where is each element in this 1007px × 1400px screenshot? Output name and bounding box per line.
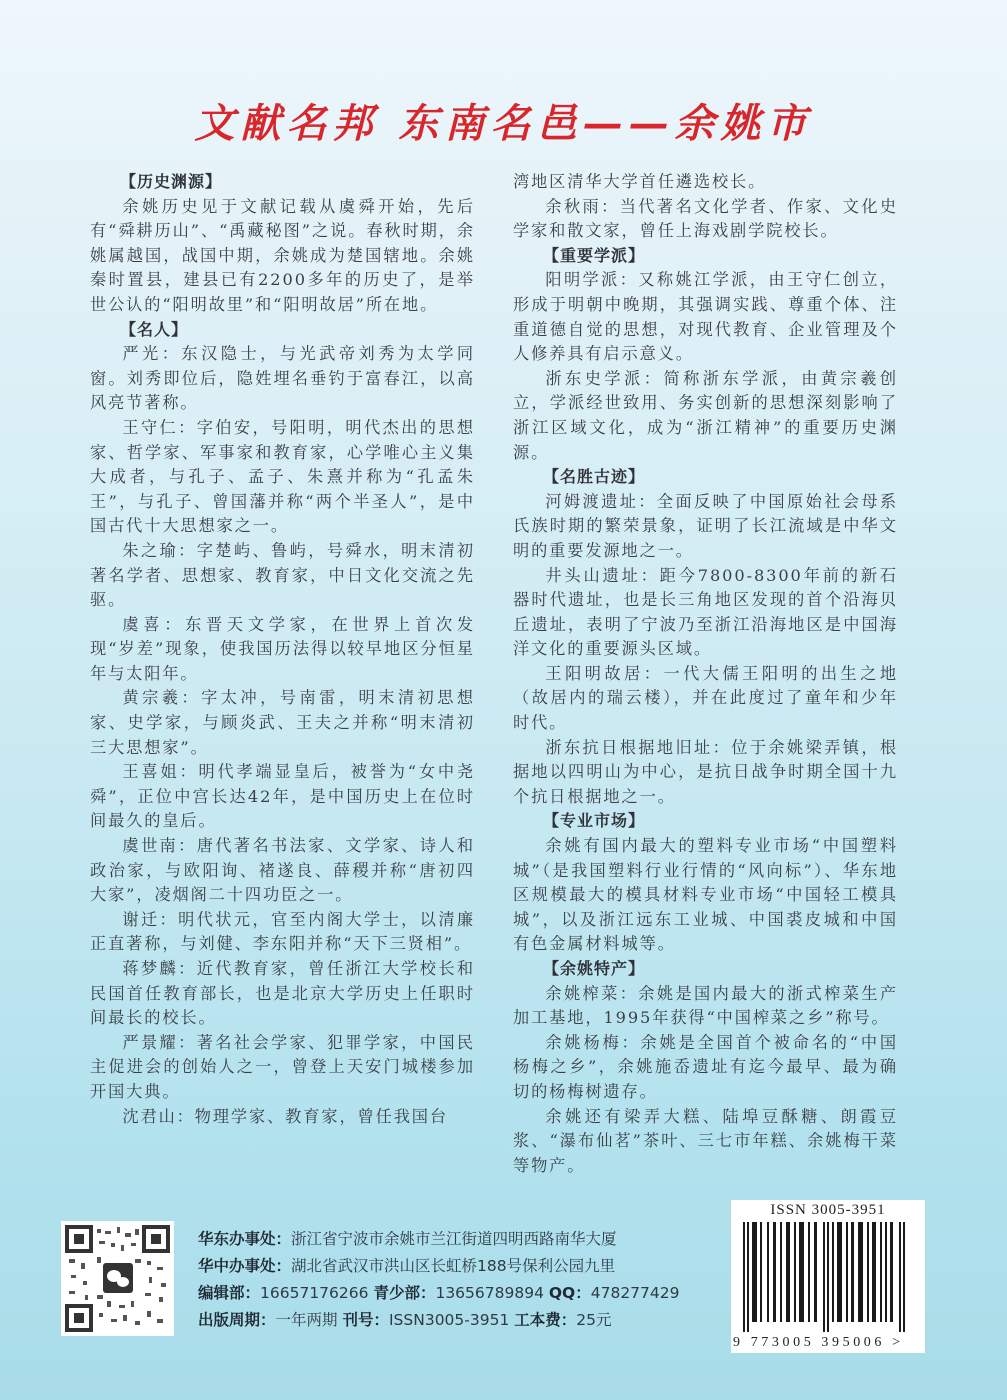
paragraph-yan-guang: 严光：东汉隐士，与光武帝刘秀为太学同窗。刘秀即位后，隐姓埋名垂钓于富春江，以高风… (90, 342, 475, 416)
paragraph-zhu-zhiyu: 朱之瑜：字楚屿、鲁屿，号舜水，明末清初著名学者、思想家、教育家，中日文化交流之先… (90, 539, 475, 613)
paragraph-huang-zongxi: 黄宗羲：字太冲，号南雷，明末清初思想家、史学家，与顾炎武、王夫之并称“明末清初三… (90, 686, 475, 760)
paragraph-markets: 余姚有国内最大的塑料专业市场“中国塑料城”（是我国塑料行业行情的“风向标”）、华… (513, 834, 898, 957)
section-heading-specialties: 【余姚特产】 (513, 957, 898, 982)
paragraph-yu-xi: 虞喜：东晋天文学家，在世界上首次发现“岁差”现象，使我国历法得以较早地区分恒星年… (90, 613, 475, 687)
right-column: 湾地区清华大学首任遴选校长。 余秋雨：当代著名文化学者、作家、文化史学家和散文家… (513, 170, 898, 1178)
paragraph-zhedong-base: 浙东抗日根据地旧址：位于余姚梁弄镇，根据地以四明山为中心，是抗日战争时期全国十九… (513, 736, 898, 810)
fee-value: 25元 (576, 1311, 611, 1329)
barcode-issn-text: ISSN 3005-3951 (731, 1202, 925, 1219)
paragraph-yu-qiuyu: 余秋雨：当代著名文化学者、作家、文化史学家和散文家，曾任上海戏剧学院校长。 (513, 195, 898, 244)
paragraph-hemudu: 河姆渡遗址：全面反映了中国原始社会母系氏族时期的繁荣景象，证明了长江流域是中华文… (513, 490, 898, 564)
left-column: 【历史渊源】 余姚历史见于文献记载从虞舜开始，先后有“舜耕历山”、“禹藏秘图”之… (90, 170, 475, 1178)
paragraph-yan-jingyao: 严景耀：著名社会学家、犯罪学家，中国民主促进会的创始人之一，曾登上天安门城楼参加… (90, 1031, 475, 1105)
issn-value: ISSN3005-3951 (389, 1311, 509, 1329)
paragraph-xie-qian: 谢迁：明代状元，官至内阁大学士，以清廉正直著称，与刘健、李东阳并称“天下三贤相”… (90, 908, 475, 957)
section-heading-schools: 【重要学派】 (513, 244, 898, 269)
paragraph-wang-xijie: 王喜姐：明代孝端显皇后，被誉为“女中尧舜”，正位中宫长达42年，是中国历史上在位… (90, 760, 475, 834)
paragraph-jiang-menglin: 蒋梦麟：近代教育家，曾任浙江大学校长和民国首任教育部长，也是北京大学历史上任职时… (90, 957, 475, 1031)
paragraph-wang-shouren: 王守仁：字伯安，号阳明，明代杰出的思想家、哲学家、军事家和教育家，心学唯心主义集… (90, 416, 475, 539)
youth-label: 青少部： (373, 1284, 435, 1302)
paragraph-yangming-residence: 王阳明故居：一代大儒王阳明的出生之地（故居内的瑞云楼），并在此度过了童年和少年时… (513, 662, 898, 736)
cycle-value: 一年两期 (276, 1311, 338, 1329)
central-office-label: 华中办事处： (198, 1257, 291, 1275)
paragraph-yangmei: 余姚杨梅：余姚是全国首个被命名的“中国杨梅之乡”，余姚施岙遗址有迄今最早、最为确… (513, 1031, 898, 1105)
contacts-row: 编辑部：16657176266 青少部：13656789894 QQ：47827… (198, 1280, 680, 1307)
central-office-row: 华中办事处：湖北省武汉市洪山区长虹桥188号保利公园九里 (198, 1253, 680, 1280)
east-office-label: 华东办事处： (198, 1230, 291, 1248)
section-heading-sites: 【名胜古迹】 (513, 465, 898, 490)
paragraph-continuation: 湾地区清华大学首任遴选校长。 (513, 170, 898, 195)
publisher-info: 华东办事处：浙江省宁波市余姚市兰江街道四明西路南华大厦 华中办事处：湖北省武汉市… (198, 1226, 680, 1334)
issn-label: 刊号： (342, 1311, 389, 1329)
editorial-phone: 16657176266 (260, 1284, 368, 1302)
central-office-address: 湖北省武汉市洪山区长虹桥188号保利公园九里 (291, 1257, 615, 1275)
cycle-label: 出版周期： (198, 1311, 276, 1329)
barcode-bars-icon (743, 1222, 913, 1332)
section-heading-notables: 【名人】 (90, 318, 475, 343)
section-heading-history: 【历史渊源】 (90, 170, 475, 195)
paragraph-zhedong-school: 浙东史学派：简称浙东学派，由黄宗羲创立，学派经世致用、务实创新的思想深刻影响了浙… (513, 367, 898, 465)
youth-phone: 13656789894 (435, 1284, 543, 1302)
wechat-qr-code-icon[interactable] (61, 1221, 174, 1336)
paragraph-shen-junshan: 沈君山：物理学家、教育家，曾任我国台 (90, 1105, 475, 1130)
paragraph-jingtoushan: 井头山遗址：距今7800-8300年前的新石器时代遗址，也是长三角地区发现的首个… (513, 564, 898, 662)
east-office-address: 浙江省宁波市余姚市兰江街道四明西路南华大厦 (291, 1230, 617, 1248)
article-body: 【历史渊源】 余姚历史见于文献记载从虞舜开始，先后有“舜耕历山”、“禹藏秘图”之… (90, 170, 898, 1178)
east-office-row: 华东办事处：浙江省宁波市余姚市兰江街道四明西路南华大厦 (198, 1226, 680, 1253)
paragraph-other-products: 余姚还有梁弄大糕、陆埠豆酥糖、朗霞豆浆、“瀑布仙茗”茶叶、三七市年糕、余姚梅干菜… (513, 1105, 898, 1179)
page-title: 文献名邦 东南名邑——余姚市 (0, 92, 1007, 149)
paragraph-yu-shinan: 虞世南：唐代著名书法家、文学家、诗人和政治家，与欧阳询、褚遂良、薛稷并称“唐初四… (90, 834, 475, 908)
publication-row: 出版周期：一年两期 刊号：ISSN3005-3951 工本费：25元 (198, 1307, 680, 1334)
section-heading-markets: 【专业市场】 (513, 809, 898, 834)
paragraph-yangming-school: 阳明学派：又称姚江学派，由王守仁创立，形成于明朝中晚期，其强调实践、尊重个体、注… (513, 268, 898, 366)
paragraph-zhacai: 余姚榨菜：余姚是国内最大的浙式榨菜生产加工基地，1995年获得“中国榨菜之乡”称… (513, 982, 898, 1031)
qq-label: QQ： (549, 1284, 591, 1302)
barcode-digits: 9 773005 395006 > (733, 1335, 923, 1351)
issn-barcode: ISSN 3005-3951 9 773005 395006 > (731, 1200, 925, 1353)
editorial-label: 编辑部： (198, 1284, 260, 1302)
fee-label: 工本费： (514, 1311, 576, 1329)
paragraph-history: 余姚历史见于文献记载从虞舜开始，先后有“舜耕历山”、“禹藏秘图”之说。春秋时期，… (90, 195, 475, 318)
qq-number: 478277429 (591, 1284, 680, 1302)
